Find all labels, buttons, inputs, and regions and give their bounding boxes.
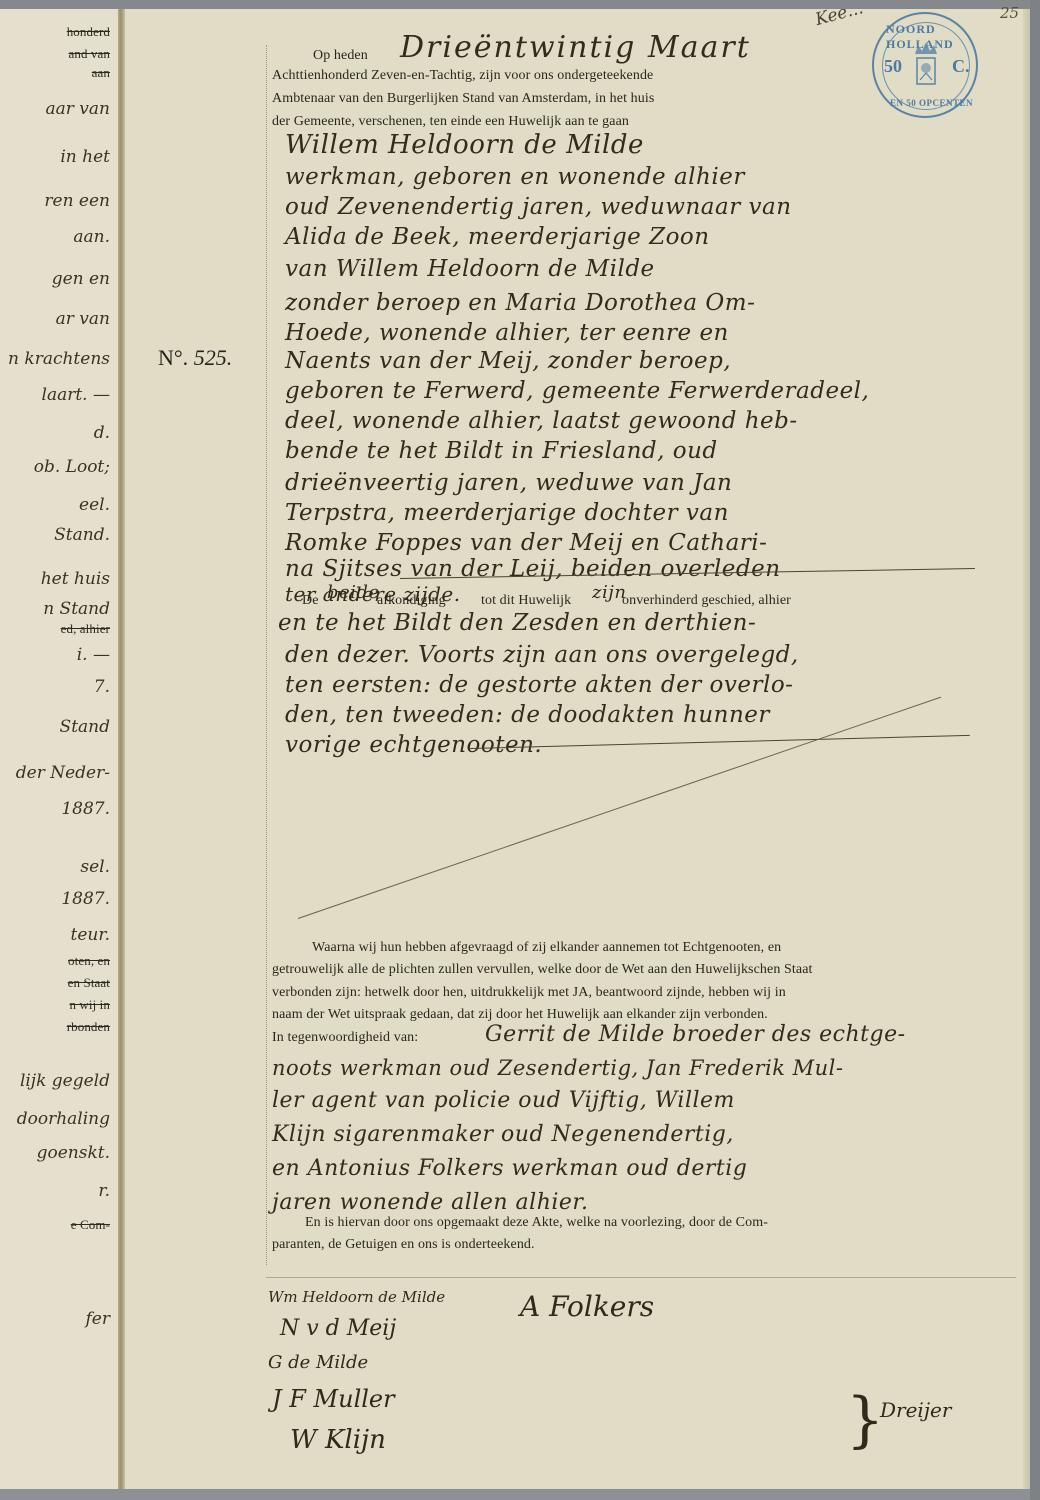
- left-line: in het: [60, 147, 110, 167]
- left-line: n Stand: [43, 599, 110, 619]
- party-line: zonder beroep en Maria Dorothea Om-: [285, 290, 755, 316]
- party-line: drieënveertig jaren, weduwe van Jan: [285, 470, 732, 496]
- proclamation-hand-line: den dezer. Voorts zijn aan ons overgeleg…: [285, 642, 799, 668]
- party-line: van Willem Heldoorn de Milde: [285, 256, 655, 282]
- page-number: 25: [1000, 4, 1019, 22]
- left-line: 1887.: [61, 799, 110, 819]
- left-line: n krachtens: [8, 349, 110, 369]
- party-line: geboren te Ferwerd, gemeente Ferwerderad…: [285, 378, 869, 404]
- left-line: laart. —: [42, 385, 110, 405]
- signature-witness: J F Muller: [272, 1385, 395, 1413]
- left-line: teur.: [70, 925, 110, 945]
- witnesses-label: In tegenwoordigheid van:: [272, 1030, 418, 1046]
- proclamation-hand-line: den, ten tweeden: de doodakten hunner: [285, 702, 770, 728]
- proclamation-beide: beide: [327, 582, 380, 603]
- left-line: d.: [94, 423, 110, 443]
- left-page-fragment: honderd and van aan aar van in het ren e…: [0, 9, 118, 1489]
- header-line-3: Ambtenaar van den Burgerlijken Stand van…: [272, 91, 654, 107]
- left-line: eel.: [79, 495, 110, 515]
- party-line: na Sjitses van der Leij, beiden overlede…: [285, 556, 781, 582]
- left-line: aar van: [46, 99, 111, 119]
- dotted-divider: [266, 1277, 1016, 1278]
- party-line: Terpstra, meerderjarige dochter van: [285, 500, 729, 526]
- margin-rule: [266, 45, 267, 1265]
- proclamation-tot-dit: tot dit Huwelijk: [481, 593, 571, 609]
- scan-top-border: [0, 0, 1040, 9]
- page-edge: [1023, 9, 1030, 1489]
- witness-line: jaren wonende allen alhier.: [272, 1190, 589, 1215]
- scan-right-border: [1030, 0, 1040, 1500]
- left-line: ren een: [44, 191, 110, 211]
- left-line: i. —: [77, 645, 110, 665]
- left-line: ob. Loot;: [34, 457, 110, 477]
- party-line: bende te het Bildt in Friesland, oud: [285, 438, 718, 464]
- party-line: Hoede, wonende alhier, ter eenre en: [285, 320, 729, 346]
- party-line: werkman, geboren en wonende alhier: [285, 164, 745, 190]
- brace-mark: }: [846, 1385, 884, 1455]
- proclamation-rest: onverhinderd geschied, alhier: [622, 593, 791, 609]
- signature-bride: N v d Meij: [280, 1316, 396, 1341]
- stamp-bottom-text: EN 50 OPCENTEN: [890, 98, 973, 108]
- vows-line: verbonden zijn: hetwelk door hen, uitdru…: [272, 985, 786, 1001]
- left-line: en Staat: [68, 975, 110, 991]
- act-number-value: 525.: [194, 345, 233, 370]
- act-number: N°. 525.: [158, 345, 232, 371]
- left-line: aan.: [73, 227, 110, 247]
- left-page-text: honderd and van aan aar van in het ren e…: [0, 9, 118, 1489]
- witness-line: Gerrit de Milde broeder des echtge-: [485, 1022, 906, 1047]
- signature-witness: G de Milde: [268, 1352, 368, 1373]
- left-line: 1887.: [61, 889, 110, 909]
- left-line: der Neder-: [16, 763, 110, 783]
- left-line: oten, en: [68, 953, 110, 969]
- proclamation-de: De: [302, 593, 319, 609]
- proclamation-hand-line: ten eersten: de gestorte akten der overl…: [285, 672, 793, 698]
- left-line: goenskt.: [37, 1143, 110, 1163]
- act-number-prefix: N°.: [158, 345, 188, 370]
- book-gutter: [118, 9, 125, 1489]
- proclamation-afkondiging: afkondiging: [377, 593, 446, 609]
- stamp-unit: C.: [952, 56, 970, 77]
- closing-line-2: paranten, de Getuigen en ons is ondertee…: [272, 1237, 535, 1253]
- left-line: het huis: [41, 569, 110, 589]
- left-line: e Com-: [71, 1217, 110, 1233]
- left-line: ar van: [56, 309, 110, 329]
- left-line: Stand: [60, 717, 110, 737]
- vows-line: naam der Wet uitspraak gedaan, dat zij d…: [272, 1007, 768, 1023]
- witness-line: ler agent van policie oud Vijftig, Wille…: [272, 1088, 735, 1113]
- left-line: ed, alhier: [61, 621, 110, 637]
- proclamation-hand-line: en te het Bildt den Zesden en derthien-: [278, 610, 756, 636]
- left-line: n wij in: [69, 997, 110, 1013]
- vows-line: Waarna wij hun hebben afgevraagd of zij …: [312, 940, 781, 956]
- left-line: 7.: [94, 677, 110, 697]
- left-line: aan: [92, 65, 110, 81]
- header-date-handwritten: Drieëntwintig Maart: [400, 30, 751, 65]
- left-line: lijk gegeld: [20, 1071, 110, 1091]
- header-line-2: Achttienhonderd Zeven-en-Tachtig, zijn v…: [272, 68, 653, 84]
- signature-groom: Wm Heldoorn de Milde: [268, 1288, 445, 1306]
- header-op-heden: Op heden: [313, 48, 368, 64]
- left-line: honderd: [67, 24, 110, 40]
- proclamation-hand-line: vorige echtgenooten.: [285, 732, 542, 758]
- signature-witness-folkers: A Folkers: [520, 1290, 654, 1323]
- party-line: deel, wonende alhier, laatst gewoond heb…: [285, 408, 798, 434]
- left-line: r.: [98, 1181, 110, 1201]
- signature-witness: W Klijn: [290, 1425, 386, 1455]
- crown-lion-crest-icon: [912, 40, 940, 88]
- party-line: oud Zevenendertig jaren, weduwnaar van: [285, 194, 792, 220]
- left-line: doorhaling: [17, 1109, 110, 1129]
- witness-line: noots werkman oud Zesendertig, Jan Frede…: [272, 1056, 843, 1080]
- signature-official: Dreijer: [880, 1398, 951, 1422]
- left-line: gen en: [52, 269, 110, 289]
- left-line: rbonden: [67, 1019, 110, 1035]
- left-line: sel.: [80, 857, 110, 877]
- left-line: Stand.: [54, 525, 110, 545]
- tax-stamp: NOORD HOLLAND 50 C. EN 50 OPCENTEN: [872, 12, 978, 118]
- vows-line: getrouwelijk alle de plichten zullen ver…: [272, 962, 813, 978]
- party-line: Willem Heldoorn de Milde: [285, 130, 644, 160]
- header-line-4: der Gemeente, verschenen, ten einde een …: [272, 114, 629, 130]
- party-line: Alida de Beek, meerderjarige Zoon: [285, 224, 710, 250]
- scan-bottom-border: [0, 1489, 1040, 1500]
- party-line: Romke Foppes van der Meij en Cathari-: [285, 530, 767, 556]
- witness-line: Klijn sigarenmaker oud Negenendertig,: [272, 1122, 734, 1147]
- witness-line: en Antonius Folkers werkman oud dertig: [272, 1156, 747, 1181]
- party-line: Naents van der Meij, zonder beroep,: [285, 348, 731, 374]
- stamp-value: 50: [884, 56, 902, 77]
- left-line: fer: [86, 1309, 110, 1329]
- left-line: and van: [69, 46, 111, 62]
- closing-line-1: En is hiervan door ons opgemaakt deze Ak…: [305, 1215, 768, 1231]
